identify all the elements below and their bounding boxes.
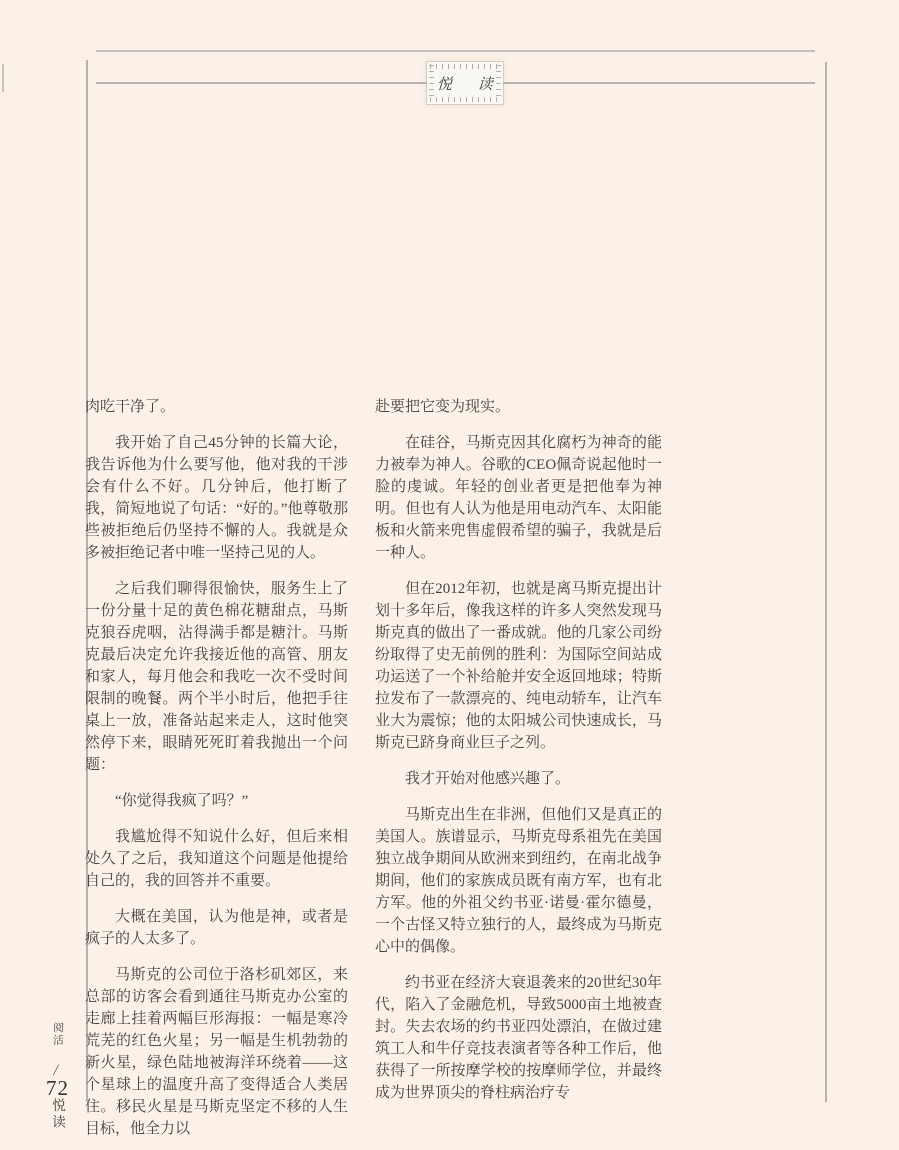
paragraph: 马斯克出生在非洲，但他们又是真正的美国人。族谱显示，马斯克母系祖先在美国独立战争… <box>375 804 662 958</box>
paragraph: “你觉得我疯了吗？” <box>85 790 348 812</box>
paragraph: 我才开始对他感兴趣了。 <box>375 768 662 790</box>
paragraph: 我尴尬得不知说什么好，但后来相处久了之后，我知道这个问题是他提给自己的，我的回答… <box>85 826 348 892</box>
section-stamp: 悦 读 <box>427 62 503 104</box>
paragraph: 在硅谷，马斯克因其化腐朽为神奇的能力被奉为神人。谷歌的CEO佩奇说起他时一脸的虔… <box>375 432 662 564</box>
paragraph: 大概在美国，认为他是神，或者是疯子的人太多了。 <box>85 906 348 950</box>
article-column-left: 肉吃干净了。 我开始了自己45分钟的长篇大论，我告诉他为什么要写他，他对我的干涉… <box>85 396 348 1150</box>
paragraph: 之后我们聊得很愉快，服务生上了一份分量十足的黄色棉花糖甜点，马斯克狼吞虎咽，沾得… <box>85 578 348 776</box>
section-stamp-label: 悦 读 <box>425 73 504 94</box>
header-rule-top <box>96 50 815 52</box>
paragraph: 但在2012年初，也就是离马斯克提出计划十多年后，像我这样的许多人突然发现马斯克… <box>375 578 662 754</box>
paragraph: 马斯克的公司位于洛杉矶郊区，来总部的访客会看到通往马斯克办公室的走廊上挂着两幅巨… <box>85 964 348 1140</box>
article-column-right: 赴要把它变为现实。 在硅谷，马斯克因其化腐朽为神奇的能力被奉为神人。谷歌的CEO… <box>375 396 662 1118</box>
paragraph: 肉吃干净了。 <box>85 396 348 418</box>
paragraph: 约书亚在经济大衰退袭来的20世纪30年代，陷入了金融危机，导致5000亩土地被查… <box>375 972 662 1104</box>
sidebar-category-small: 阅活 <box>52 1022 63 1047</box>
paragraph: 我开始了自己45分钟的长篇大论，我告诉他为什么要写他，他对我的干涉会有什么不好。… <box>85 432 348 564</box>
page-rule-right <box>825 62 827 1102</box>
paragraph: 赴要把它变为现实。 <box>375 396 662 418</box>
page-number: 72 <box>46 1076 69 1101</box>
page-edge-mark <box>2 64 4 92</box>
